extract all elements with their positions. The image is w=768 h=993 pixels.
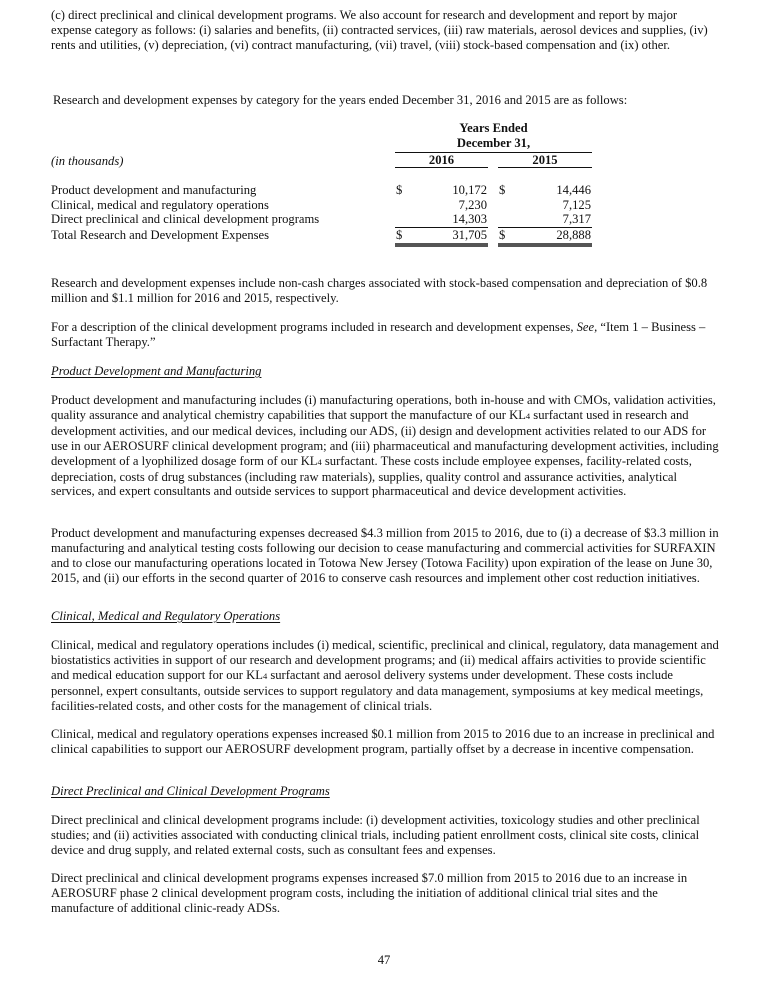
table-row-label: Direct preclinical and clinical developm… bbox=[51, 212, 319, 227]
paragraph-direct-programs-expenses: Direct preclinical and clinical developm… bbox=[51, 871, 719, 916]
units-label: (in thousands) bbox=[51, 154, 123, 169]
table-cell-2015: 7,317 bbox=[511, 212, 591, 227]
see-italic: See, bbox=[577, 320, 598, 334]
paragraph-direct-programs-description: Direct preclinical and clinical developm… bbox=[51, 813, 719, 858]
year-2015-header: 2015 bbox=[498, 153, 592, 168]
page-number: 47 bbox=[0, 953, 768, 968]
paragraph-product-development-description: Product development and manufacturing in… bbox=[51, 393, 719, 499]
rd-expenses-table: Years Ended December 31, (in thousands) … bbox=[51, 121, 596, 251]
year-2015-underline bbox=[498, 167, 592, 168]
section-heading-clinical-operations: Clinical, Medical and Regulatory Operati… bbox=[51, 609, 719, 624]
paragraph-clinical-description: Clinical, medical and regulatory operati… bbox=[51, 638, 719, 714]
table-row-label: Clinical, medical and regulatory operati… bbox=[51, 198, 269, 213]
table-total-label: Total Research and Development Expenses bbox=[51, 228, 269, 243]
table-cell-2015: 7,125 bbox=[511, 198, 591, 213]
table-row-label: Product development and manufacturing bbox=[51, 183, 256, 198]
table-header-years-ended: Years Ended bbox=[395, 121, 592, 136]
total-double-underline-2015 bbox=[498, 243, 592, 247]
table-cell-2016: 7,230 bbox=[411, 198, 487, 213]
table-total-2015: 28,888 bbox=[511, 228, 591, 243]
table-cell-2016: 14,303 bbox=[411, 212, 487, 227]
table-cell-2016: 10,172 bbox=[411, 183, 487, 198]
paragraph-clinical-expenses: Clinical, medical and regulatory operati… bbox=[51, 727, 719, 757]
paragraph-product-development-expenses: Product development and manufacturing ex… bbox=[51, 526, 719, 586]
currency-symbol: $ bbox=[499, 228, 505, 243]
table-total-2016: 31,705 bbox=[411, 228, 487, 243]
paragraph-see-reference: For a description of the clinical develo… bbox=[51, 320, 719, 350]
year-2016-header: 2016 bbox=[395, 153, 488, 168]
paragraph-intro: (c) direct preclinical and clinical deve… bbox=[51, 8, 719, 53]
section-heading-direct-programs: Direct Preclinical and Clinical Developm… bbox=[51, 784, 719, 799]
year-2016-underline bbox=[395, 167, 488, 168]
currency-symbol: $ bbox=[396, 228, 402, 243]
table-cell-2015: 14,446 bbox=[511, 183, 591, 198]
total-double-underline-2016 bbox=[395, 243, 488, 247]
paragraph-table-intro: Research and development expenses by cat… bbox=[53, 93, 721, 108]
currency-symbol: $ bbox=[396, 183, 402, 198]
section-heading-product-development: Product Development and Manufacturing bbox=[51, 364, 719, 379]
table-header-december: December 31, bbox=[395, 136, 592, 151]
currency-symbol: $ bbox=[499, 183, 505, 198]
paragraph-noncash-charges: Research and development expenses includ… bbox=[51, 276, 719, 306]
